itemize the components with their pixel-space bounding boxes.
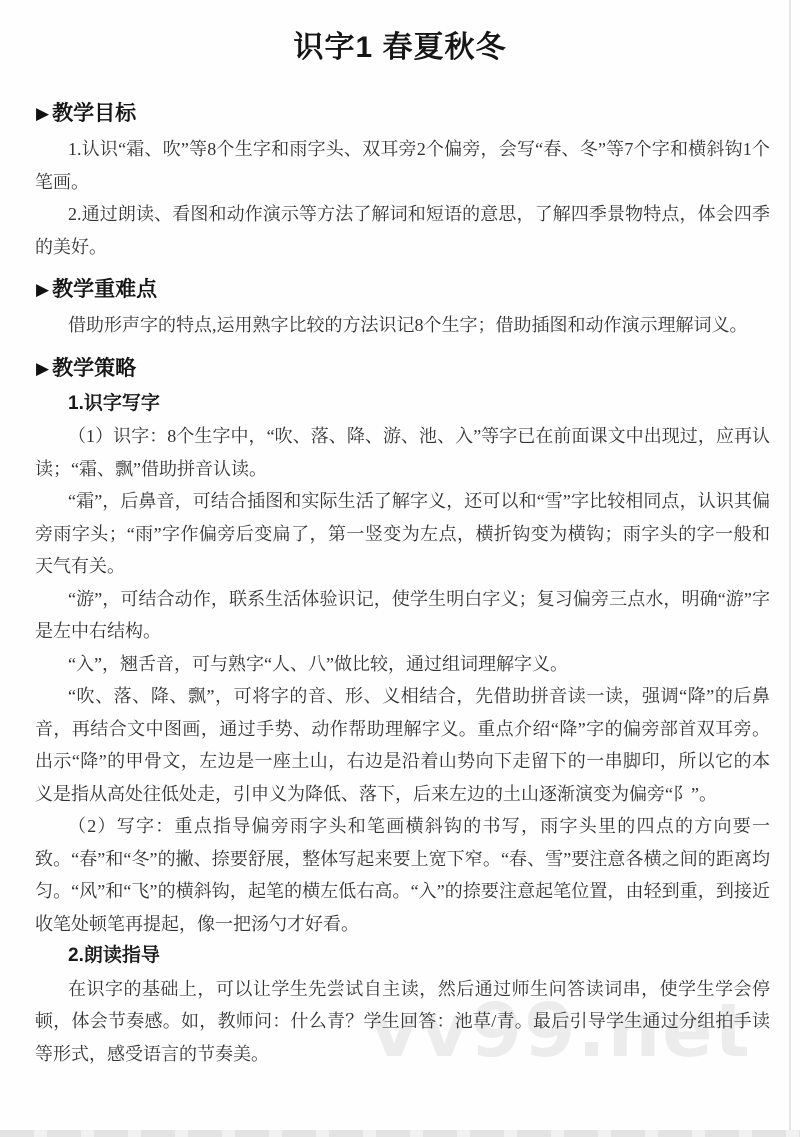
paragraph: 借助形声字的特点,运用熟字比较的方法识记8个生字；借助插图和动作演示理解词义。 bbox=[35, 309, 770, 342]
page-edge-line bbox=[789, 0, 791, 1137]
subsection-heading: 2.朗读指导 bbox=[35, 940, 770, 973]
paragraph: “游”，可结合动作，联系生活体验识记，使学生明白字义；复习偏旁三点水，明确“游”… bbox=[35, 583, 770, 648]
section-heading: ▶ 教学策略 bbox=[0, 356, 800, 382]
paragraph: “霜”，后鼻音，可结合插图和实际生活了解字义，还可以和“雪”字比较相同点，认识其… bbox=[35, 485, 770, 583]
triangle-marker-icon: ▶ bbox=[36, 101, 49, 127]
triangle-marker-icon: ▶ bbox=[36, 277, 49, 303]
section-heading: ▶ 教学目标 bbox=[0, 101, 800, 127]
triangle-marker-icon: ▶ bbox=[36, 356, 49, 382]
section-heading-text: 教学策略 bbox=[52, 356, 136, 382]
page-title: 识字1 春夏秋冬 bbox=[0, 28, 800, 68]
paragraph: 1.认识“霜、吹”等8个生字和雨字头、双耳旁2个偏旁，会写“春、冬”等7个字和横… bbox=[35, 133, 770, 198]
paragraph: （2）写字：重点指导偏旁雨字头和笔画横斜钩的书写，雨字头里的四点的方向要一致。“… bbox=[35, 810, 770, 940]
section-heading: ▶ 教学重难点 bbox=[0, 277, 800, 303]
paragraph: 在识字的基础上，可以让学生先尝试自主读，然后通过师生问答读词串，使学生学会停顿，… bbox=[35, 973, 770, 1071]
section-teaching-objectives: ▶ 教学目标 1.认识“霜、吹”等8个生字和雨字头、双耳旁2个偏旁，会写“春、冬… bbox=[0, 101, 800, 263]
section-key-difficulties: ▶ 教学重难点 借助形声字的特点,运用熟字比较的方法识记8个生字；借助插图和动作… bbox=[0, 277, 800, 342]
paragraph: “吹、落、降、飘”，可将字的音、形、义相结合，先借助拼音读一读，强调“降”的后鼻… bbox=[35, 680, 770, 810]
paragraph: （1）识字：8个生字中，“吹、落、降、游、池、入”等字已在前面课文中出现过，应再… bbox=[35, 420, 770, 485]
section-teaching-strategy: ▶ 教学策略 1.识字写字 （1）识字：8个生字中，“吹、落、降、游、池、入”等… bbox=[0, 356, 800, 1071]
page-bottom-edge bbox=[0, 1130, 800, 1137]
paragraph: 2.通过朗读、看图和动作演示等方法了解词和短语的意思，了解四季景物特点，体会四季… bbox=[35, 198, 770, 263]
document-content: 识字1 春夏秋冬 ▶ 教学目标 1.认识“霜、吹”等8个生字和雨字头、双耳旁2个… bbox=[0, 28, 800, 1070]
paragraph: “入”，翘舌音，可与熟字“人、八”做比较，通过组词理解字义。 bbox=[35, 648, 770, 681]
section-heading-text: 教学重难点 bbox=[52, 277, 157, 303]
section-heading-text: 教学目标 bbox=[52, 101, 136, 127]
document-page: vv99.net 识字1 春夏秋冬 ▶ 教学目标 1.认识“霜、吹”等8个生字和… bbox=[0, 0, 800, 1137]
subsection-heading: 1.识字写字 bbox=[35, 388, 770, 421]
